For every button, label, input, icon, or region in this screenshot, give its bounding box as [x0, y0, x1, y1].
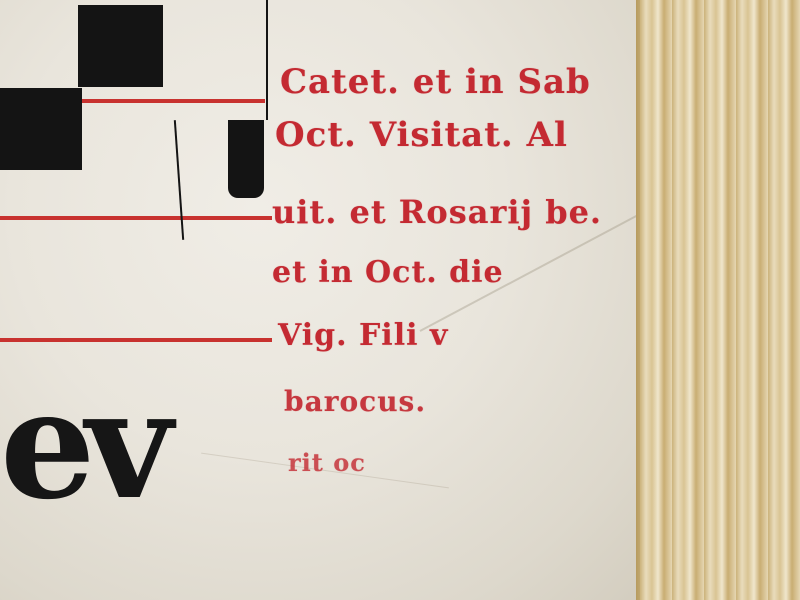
- staff-line: [0, 216, 272, 220]
- rubric-line: rit oc: [288, 448, 366, 477]
- rubric-line: Catet. et in Sab: [280, 62, 591, 102]
- manuscript-page: ev Catet. et in Sab Oct. Visitat. Al uit…: [0, 0, 645, 600]
- rubric-line: Vig. Fili v: [278, 318, 448, 353]
- note-stem: [266, 0, 268, 120]
- staff-line: [80, 99, 265, 103]
- rubric-line: Oct. Visitat. Al: [275, 115, 568, 155]
- chant-lyric-letters: ev: [0, 370, 163, 520]
- square-note: [0, 88, 82, 170]
- rubric-line: barocus.: [284, 385, 426, 418]
- book-binding-edge: [640, 0, 800, 600]
- square-note: [78, 5, 163, 87]
- note-stem: [174, 120, 184, 240]
- square-note: [228, 120, 264, 198]
- staff-line: [0, 338, 272, 342]
- rubric-line: et in Oct. die: [272, 255, 504, 290]
- rubric-line: uit. et Rosarij be.: [272, 193, 602, 231]
